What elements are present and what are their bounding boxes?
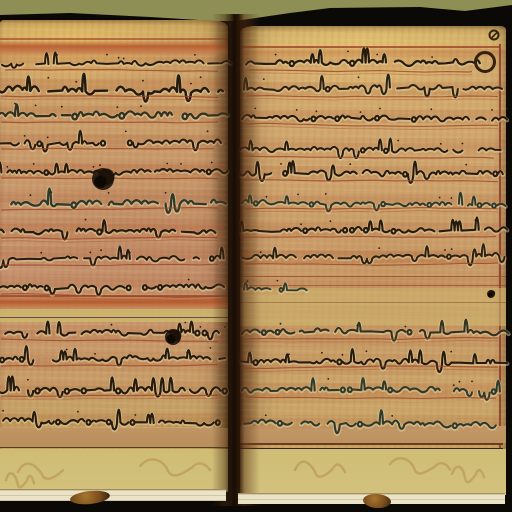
manuscript-photo — [0, 0, 512, 512]
left-page-divider-yellow-band — [0, 309, 228, 322]
right-page-bottom-margin — [240, 449, 506, 495]
right-page-ruled-band-line-1 — [240, 276, 506, 277]
left-page-bottom-band — [0, 428, 228, 448]
left-page-top-rule — [0, 38, 228, 40]
right-page-text-tint — [240, 54, 506, 426]
left-page-bottom-margin — [0, 449, 228, 492]
right-page-top-band — [240, 48, 506, 57]
left-fore-edge — [0, 489, 226, 501]
left-page-orange-band — [0, 41, 228, 56]
left-page-text-tint — [0, 50, 228, 428]
left-page-divider-orange-band — [0, 297, 228, 309]
right-page-bottom-border-outer — [240, 443, 503, 445]
right-page-ruled-band-line-3 — [240, 302, 506, 303]
right-page-ruled-band — [240, 288, 506, 326]
book-gutter — [212, 14, 260, 506]
right-page-right-border — [499, 44, 501, 450]
right-page-bottom-band — [240, 426, 506, 443]
left-page-divider-dark-line — [0, 317, 228, 318]
right-page — [240, 26, 506, 495]
right-page-ruled-band-line-2 — [240, 285, 506, 286]
left-page — [0, 20, 228, 492]
